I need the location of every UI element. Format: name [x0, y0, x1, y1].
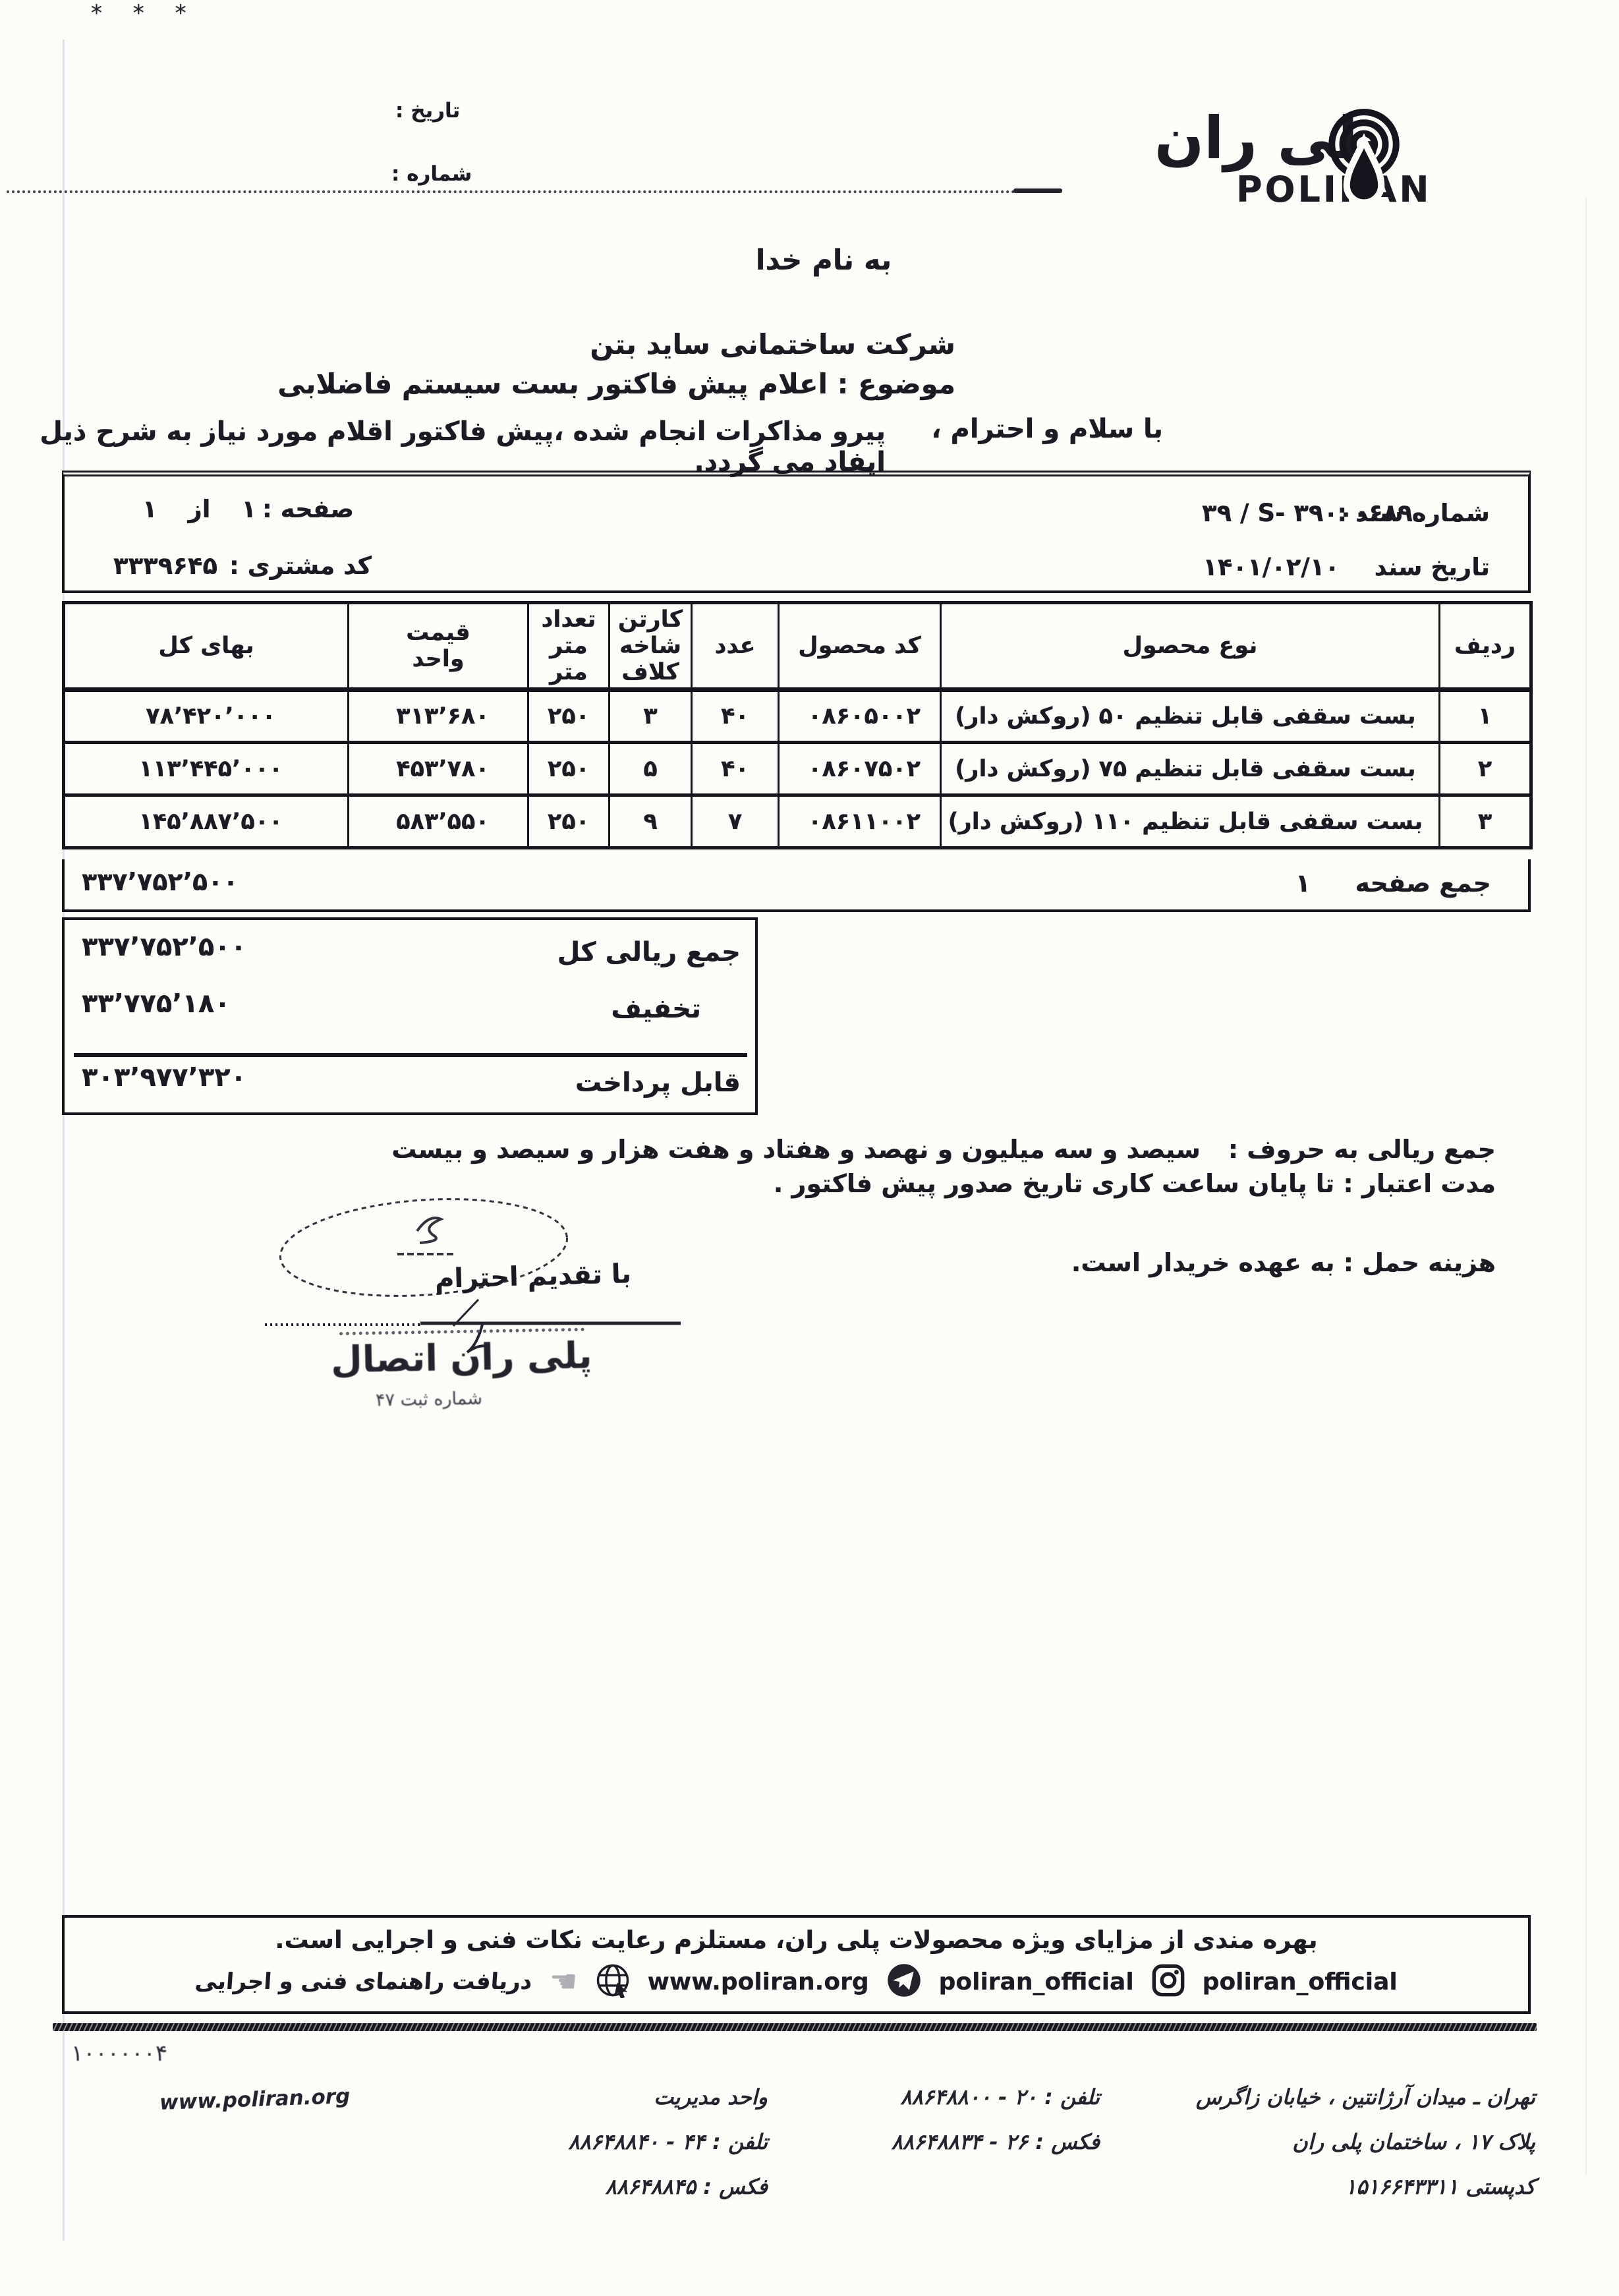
products-table: ردیف نوع محصول کد محصول عدد کارتن شاخه ک…	[62, 601, 1533, 849]
col-header-quantity: عدد	[692, 603, 779, 690]
globe-icon	[595, 1963, 631, 2001]
bismillah-heading: به نام خدا	[712, 244, 936, 277]
col-header-product-code: کد محصول	[779, 603, 941, 690]
customer-code-label: کد مشتری :	[229, 552, 372, 580]
postal-code-line: کدپستی ۱۵۱۶۶۴۳۳۱۱	[1196, 2164, 1535, 2209]
totals-box: جمع ریالی کل ۳۳۷٬۷۵۲٬۵۰۰ تخفیف ۳۳٬۷۷۵٬۱۸…	[62, 917, 758, 1115]
cell-product-type: بست سقفی قابل تنظیم ۷۵ (روکش دار)	[941, 743, 1440, 795]
discount-label: تخفیف	[611, 994, 701, 1024]
page-sum-page-no: ۱	[1295, 869, 1311, 898]
page-sum-label: جمع صفحه	[1355, 869, 1491, 898]
amount-in-words-value: سیصد و سه میلیون و نهصد و هفتاد و هفت هز…	[391, 1135, 1200, 1164]
document-info-box: شماره سند : ۳۹ / S- ۳۹۰۰۰۶۸۹ تاریخ سند ۱…	[62, 471, 1531, 593]
pointing-hand-icon: ☚	[550, 1963, 578, 2000]
customer-code-value: ۳۳۳۹۶۴۵	[113, 552, 217, 580]
cell-total: ۷۸٬۴۲۰٬۰۰۰	[64, 690, 349, 743]
col-header-unit-price: قیمت واحد	[349, 603, 528, 690]
management-unit-label: واحد مدیریت	[568, 2075, 768, 2119]
cell-product-type: بست سقفی قابل تنظیم ۱۱۰ (روکش دار)	[941, 795, 1440, 848]
address-line: تهران ـ میدان آرژانتین ، خیابان زاگرس	[1196, 2075, 1535, 2119]
cell-unit-price: ۴۵۳٬۷۸۰	[349, 743, 528, 795]
instagram-icon	[1151, 1963, 1185, 2000]
grand-total-label: جمع ریالی کل	[557, 937, 741, 967]
payable-label: قابل پرداخت	[575, 1068, 741, 1098]
scanned-proforma-invoice: * * * تاریخ : شماره : پلی ران POLIRAN به…	[0, 0, 1619, 2296]
page-sum-row: جمع صفحه ۱ ۳۳۷٬۷۵۲٬۵۰۰	[62, 859, 1531, 912]
letter-body-line: پیرو مذاکرات انجام شده ،پیش فاکتور اقلام…	[0, 416, 886, 477]
cell-quantity: ۷	[692, 795, 779, 848]
header-divider-dash	[1013, 188, 1062, 193]
footer-links-row: دریافت راهنمای فنی و اجرایی ☚ www.polira…	[65, 1963, 1528, 2001]
header-divider-dotted	[7, 190, 1058, 193]
page-label: صفحه :	[262, 495, 354, 523]
footer-promo-box: بهره مندی از مزایای ویژه محصولات پلی ران…	[62, 1915, 1531, 2014]
cell-row-no: ۳	[1440, 795, 1531, 848]
recipient-line: شرکت ساختمانی ساید بتن	[590, 328, 955, 360]
page-value: ۱ از ۱	[142, 495, 256, 523]
salutation-line: با سلام و احترام ،	[931, 414, 1163, 444]
cell-total: ۱۱۳٬۴۴۵٬۰۰۰	[64, 743, 349, 795]
form-serial-number: ۱۰۰۰۰۰۰۴	[71, 2040, 167, 2067]
footer-notice: بهره مندی از مزایای ویژه محصولات پلی ران…	[65, 1926, 1528, 1954]
payable-value: ۳۰۳٬۹۷۷٬۳۲۰	[82, 1062, 246, 1093]
cell-meters: ۲۵۰	[528, 743, 610, 795]
company-stamp-registration: شماره ثبت ۴۷	[376, 1389, 483, 1411]
cell-meters: ۲۵۰	[528, 690, 610, 743]
grand-total-value: ۳۳۷٬۷۵۲٬۵۰۰	[82, 932, 246, 962]
number-label: شماره :	[391, 162, 472, 186]
cell-quantity: ۴۰	[692, 743, 779, 795]
telegram-icon	[886, 1963, 922, 2001]
cell-carton: ۳	[610, 690, 692, 743]
bottom-divider-hatched	[53, 2023, 1537, 2031]
management-phone-line: تلفن : ۴۴ - ۸۸۶۴۸۸۴۰	[568, 2119, 768, 2164]
cell-meters: ۲۵۰	[528, 795, 610, 848]
scan-artifact-line	[1585, 198, 1587, 2175]
management-fax-line: فکس : ۸۸۶۴۸۸۴۵	[568, 2164, 768, 2209]
footer-instagram-handle: poliran_official	[1203, 1968, 1398, 1995]
scan-registration-marks: * * *	[91, 0, 198, 26]
col-header-total: بهای کل	[64, 603, 349, 690]
table-row: ۱ بست سقفی قابل تنظیم ۵۰ (روکش دار) ۰۸۶۰…	[64, 690, 1531, 743]
company-phone-block: تلفن : ۲۰ - ۸۸۶۴۸۸۰۰ فکس : ۲۶ - ۸۸۶۴۸۸۳۴	[892, 2075, 1100, 2164]
phone-line: تلفن : ۲۰ - ۸۸۶۴۸۸۰۰	[892, 2075, 1100, 2119]
cell-row-no: ۱	[1440, 690, 1531, 743]
management-contact-block: واحد مدیریت تلفن : ۴۴ - ۸۸۶۴۸۸۴۰ فکس : ۸…	[568, 2075, 768, 2209]
doc-date-label: تاریخ سند	[1375, 553, 1490, 581]
scan-artifact-line	[63, 40, 65, 2241]
cell-product-code: ۰۸۶۱۱۰۰۲	[779, 795, 941, 848]
doc-date-value: ۱۴۰۱/۰۲/۱۰	[1203, 553, 1340, 581]
table-row: ۲ بست سقفی قابل تنظیم ۷۵ (روکش دار) ۰۸۶۰…	[64, 743, 1531, 795]
fax-line: فکس : ۲۶ - ۸۸۶۴۸۸۳۴	[892, 2119, 1100, 2164]
page-sum-value: ۳۳۷٬۷۵۲٬۵۰۰	[82, 867, 239, 896]
doc-number-value: ۳۹ / S- ۳۹۰۰۰۶۸۹	[1202, 499, 1413, 527]
company-stamp: پلی ران اتصال	[330, 1335, 592, 1381]
col-header-row-no: ردیف	[1440, 603, 1531, 690]
cell-carton: ۹	[610, 795, 692, 848]
col-header-meters: تعداد متر متر	[528, 603, 610, 690]
date-label: تاریخ :	[395, 99, 460, 123]
website-bottom: www.poliran.org	[159, 2084, 350, 2115]
cell-product-code: ۰۸۶۰۵۰۰۲	[779, 690, 941, 743]
cell-carton: ۵	[610, 743, 692, 795]
cell-quantity: ۴۰	[692, 690, 779, 743]
address-line: پلاک ۱۷ ، ساختمان پلی ران	[1196, 2119, 1535, 2164]
totals-divider	[74, 1053, 747, 1057]
cell-unit-price: ۳۱۳٬۶۸۰	[349, 690, 528, 743]
cell-row-no: ۲	[1440, 743, 1531, 795]
col-header-carton: کارتن شاخه کلاف	[610, 603, 692, 690]
table-row: ۳ بست سقفی قابل تنظیم ۱۱۰ (روکش دار) ۰۸۶…	[64, 795, 1531, 848]
guide-text: دریافت راهنمای فنی و اجرایی	[194, 1968, 533, 1995]
cell-total: ۱۴۵٬۸۸۷٬۵۰۰	[64, 795, 349, 848]
cell-product-type: بست سقفی قابل تنظیم ۵۰ (روکش دار)	[941, 690, 1440, 743]
company-address-block: تهران ـ میدان آرژانتین ، خیابان زاگرس پل…	[1196, 2075, 1535, 2209]
subject-line: موضوع : اعلام پیش فاکتور بست سیستم فاضلا…	[277, 368, 955, 400]
amount-in-words-label: جمع ریالی به حروف :	[1228, 1135, 1496, 1164]
cell-unit-price: ۵۸۳٬۵۵۰	[349, 795, 528, 848]
poliran-drop-logo-icon	[1315, 103, 1413, 216]
cell-product-code: ۰۸۶۰۷۵۰۲	[779, 743, 941, 795]
table-header-row: ردیف نوع محصول کد محصول عدد کارتن شاخه ک…	[64, 603, 1531, 690]
col-header-product-type: نوع محصول	[941, 603, 1440, 690]
footer-telegram-handle: poliran_official	[939, 1968, 1134, 1995]
footer-website: www.poliran.org	[648, 1968, 869, 1995]
regards-line: با تقدیم احترام	[434, 1259, 631, 1294]
amount-in-words-line: جمع ریالی به حروف :سیصد و سه میلیون و نه…	[391, 1135, 1496, 1164]
discount-value: ۳۳٬۷۷۵٬۱۸۰	[82, 989, 231, 1019]
shipping-cost-line: هزینه حمل : به عهده خریدار است.	[1071, 1248, 1496, 1277]
validity-line: مدت اعتبار : تا پایان ساعت کاری تاریخ صد…	[774, 1169, 1496, 1198]
